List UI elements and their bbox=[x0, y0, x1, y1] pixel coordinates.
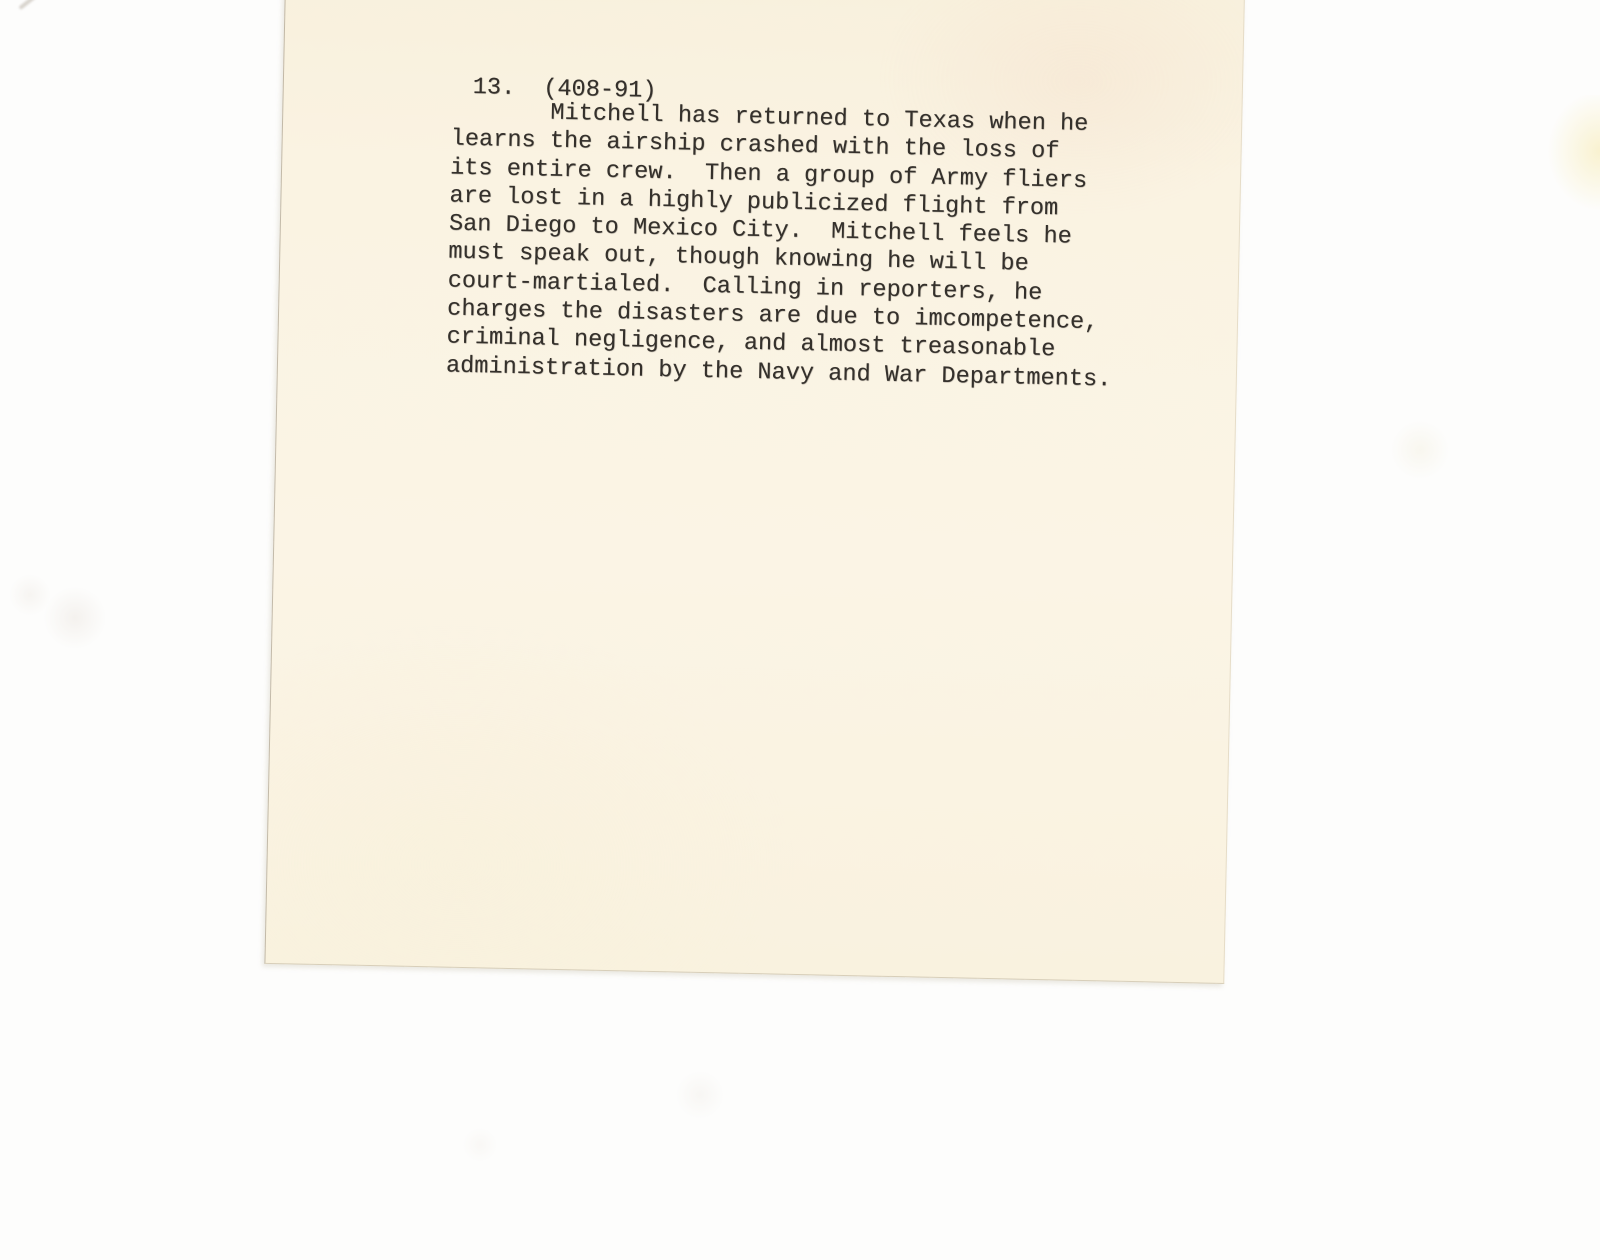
scan-stain-right-mid bbox=[1390, 420, 1450, 480]
scan-stain-right-edge bbox=[1510, 95, 1600, 235]
scan-smudge-top-left bbox=[18, 0, 47, 10]
scan-background: 13.(408-91) Mitchell has returned to Tex… bbox=[0, 0, 1600, 1260]
synopsis-text: Mitchell has returned to Texas when he l… bbox=[446, 98, 1142, 395]
index-card: 13.(408-91) Mitchell has returned to Tex… bbox=[264, 0, 1245, 984]
